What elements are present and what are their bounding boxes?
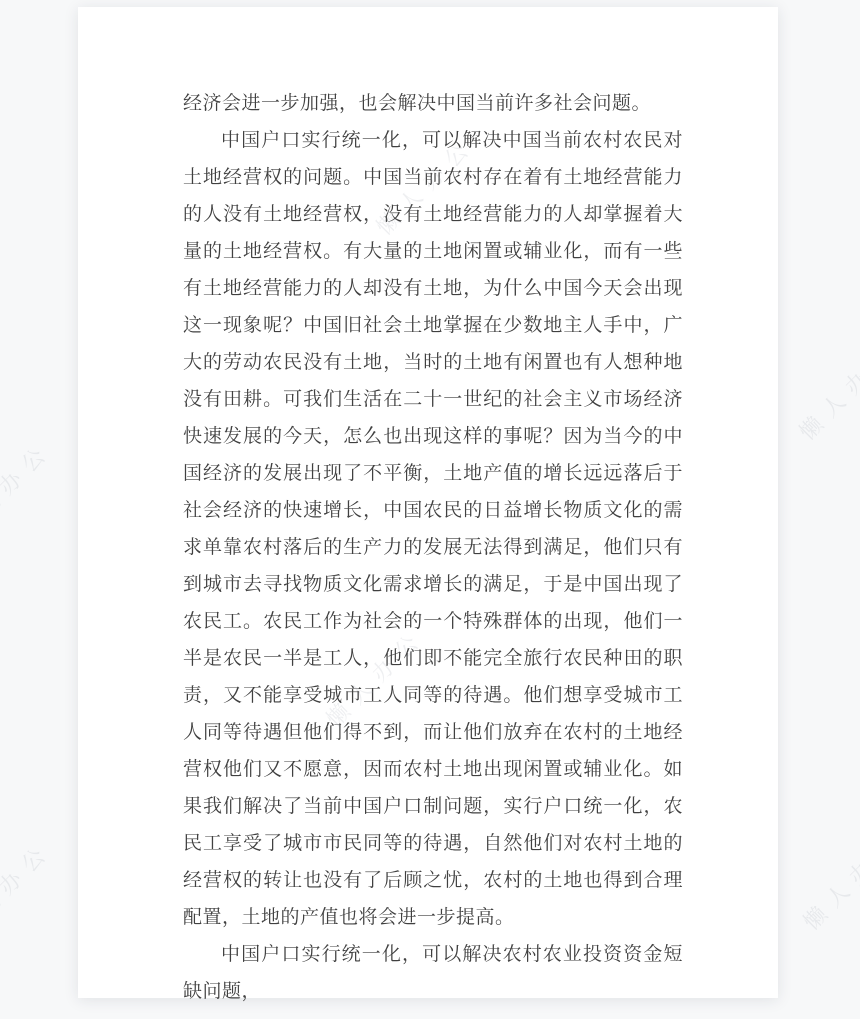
watermark-text: 懒人办公 bbox=[0, 434, 58, 546]
document-page: 经济会进一步加强，也会解决中国当前许多社会问题。 中国户口实行统一化，可以解决中… bbox=[78, 7, 778, 998]
watermark-text: 懒人办公 bbox=[0, 834, 58, 946]
watermark-text: 懒人办公 bbox=[792, 334, 860, 446]
paragraph-investment-intro: 中国户口实行统一化，可以解决农村农业投资资金短缺问题， bbox=[183, 936, 683, 1010]
paragraph-land-rights: 中国户口实行统一化，可以解决中国当前农村农民对土地经营权的问题。中国当前农村存在… bbox=[183, 122, 683, 936]
watermark-text: 懒人办公 bbox=[796, 824, 860, 936]
document-body: 经济会进一步加强，也会解决中国当前许多社会问题。 中国户口实行统一化，可以解决中… bbox=[183, 85, 682, 1010]
app-background: 经济会进一步加强，也会解决中国当前许多社会问题。 中国户口实行统一化，可以解决中… bbox=[0, 0, 860, 1019]
paragraph-continuation: 经济会进一步加强，也会解决中国当前许多社会问题。 bbox=[183, 85, 683, 122]
